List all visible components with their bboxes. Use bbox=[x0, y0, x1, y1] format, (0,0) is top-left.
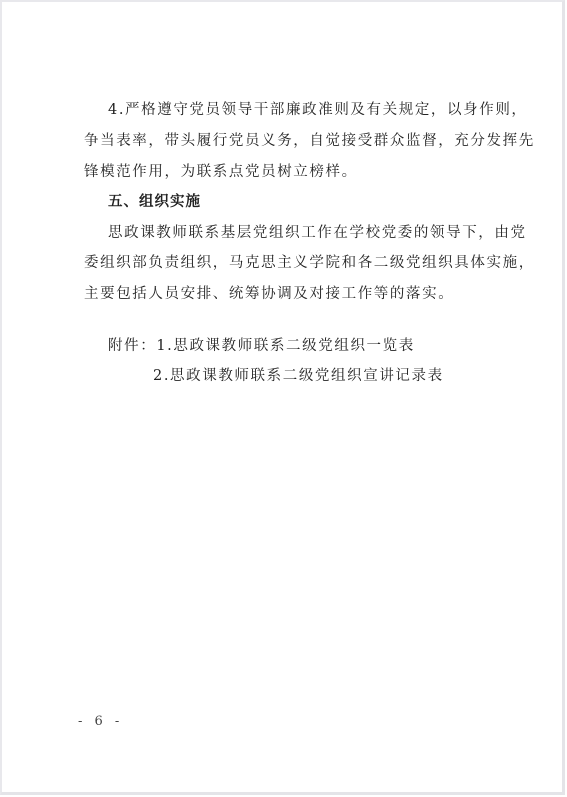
document-page: 4.严格遵守党员领导干部廉政准则及有关规定，以身作则， 争当表率，带头履行党员义… bbox=[0, 0, 565, 795]
paragraph-4-line-1: 4.严格遵守党员领导干部廉政准则及有关规定，以身作则， bbox=[108, 100, 528, 120]
attachments-label: 附件： bbox=[108, 338, 156, 354]
section-5-line-2: 委组织部负责组织，马克思主义学院和各二级党组织具体实施， bbox=[84, 253, 535, 273]
attachment-item-2: 2.思政课教师联系二级党组织宣讲记录表 bbox=[153, 366, 444, 386]
attachment-item-1: 1.思政课教师联系二级党组织一览表 bbox=[156, 338, 415, 354]
section-5-heading: 五、组织实施 bbox=[108, 192, 201, 212]
attachment-line-1: 附件：1.思政课教师联系二级党组织一览表 bbox=[108, 336, 415, 356]
section-5-line-1: 思政课教师联系基层党组织工作在学校党委的领导下，由党 bbox=[108, 223, 527, 243]
page-number: - 6 - bbox=[78, 714, 123, 729]
paragraph-4-line-2: 争当表率，带头履行党员义务，自觉接受群众监督，充分发挥先 bbox=[84, 131, 535, 151]
paragraph-4-line-3: 锋模范作用，为联系点党员树立榜样。 bbox=[84, 162, 358, 182]
section-5-line-3: 主要包括人员安排、统筹协调及对接工作等的落实。 bbox=[84, 284, 454, 304]
